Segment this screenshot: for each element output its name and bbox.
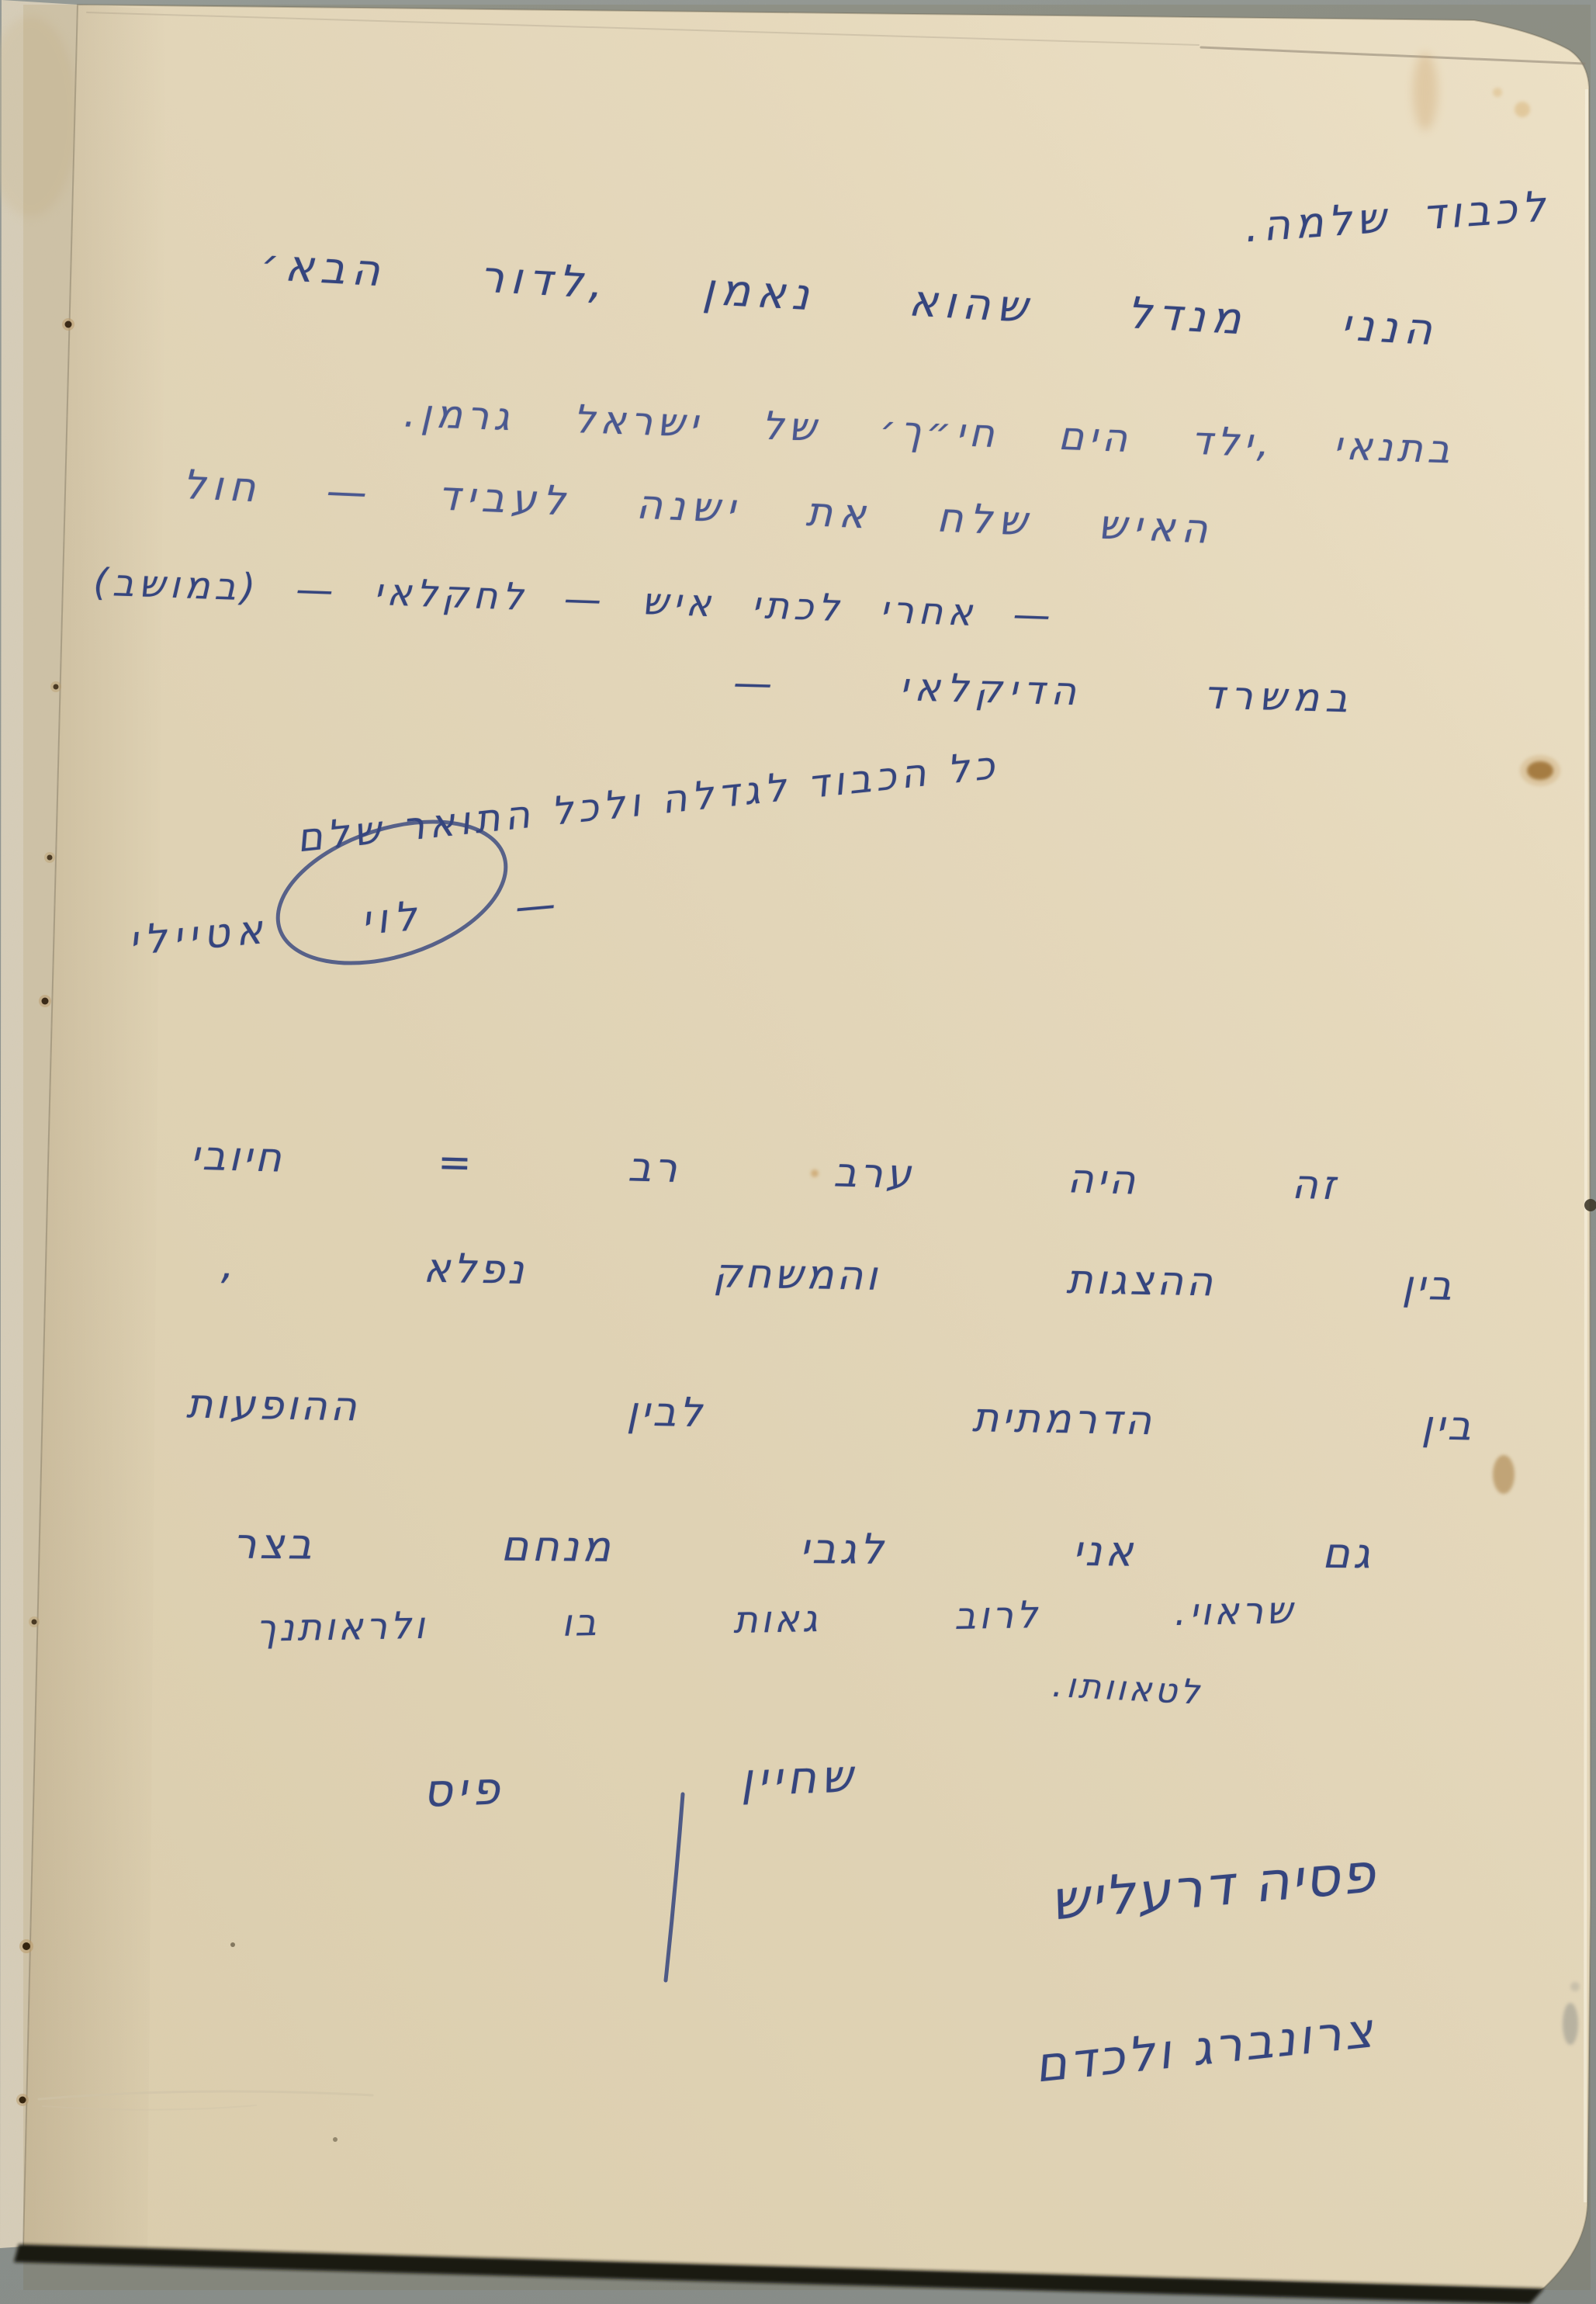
handwriting-signature-3: צרונברג ולכדם [778, 2002, 1378, 2119]
handwriting-line-body-2: — אחרי לכתי איש — לחקלאי — (במושב) [92, 561, 1055, 637]
handwriting-line-opening: הנני מנדל שהוא נאמן ,לדור הבא׳ [259, 241, 1439, 356]
handwriting-note-4: גם אני לגבי מנחם בצר [233, 1520, 1373, 1578]
handwriting-note-3: בין הדרמתית לבין ההופעות [186, 1382, 1475, 1451]
book-page-scan: לכבוד שלמה. הנני מנדל שהוא נאמן ,לדור הב… [0, 0, 1596, 2304]
handwriting-note-5: שראוי. לרוב גאות בו ולראותנך [256, 1589, 1297, 1651]
handwriting-line-condition: בתנאי ,ילד הים חי״ך׳ של ישראל גרמן. [403, 391, 1455, 473]
handwriting-note-2: בין ההצגות והמשחק נפלא , [221, 1242, 1456, 1311]
handwriting-layer: לכבוד שלמה. הנני מנדל שהוא נאמן ,לדור הב… [0, 0, 1596, 2304]
handwriting-line-greeting: לכבוד שלמה. [1215, 182, 1551, 254]
handwriting-signature-levi: — לוי אטיילי [126, 882, 563, 965]
handwriting-line-body-4: כל הכבוד לגדלה ולכל התואר שלם [294, 743, 1001, 861]
handwriting-line-body-3: במשרד הדיקלאי — [732, 661, 1354, 722]
handwriting-note-6: לטאוותו. [996, 1663, 1203, 1713]
handwriting-note-7: שחיין פיס [422, 1750, 858, 1817]
handwriting-note-1: זה היה ערב רב = חיובי [189, 1134, 1338, 1211]
handwriting-line-body-1: האיש שלח את ישנה לעביד — חול [182, 463, 1214, 554]
handwriting-signature-2: פסיה דרעליש [895, 1841, 1380, 1945]
